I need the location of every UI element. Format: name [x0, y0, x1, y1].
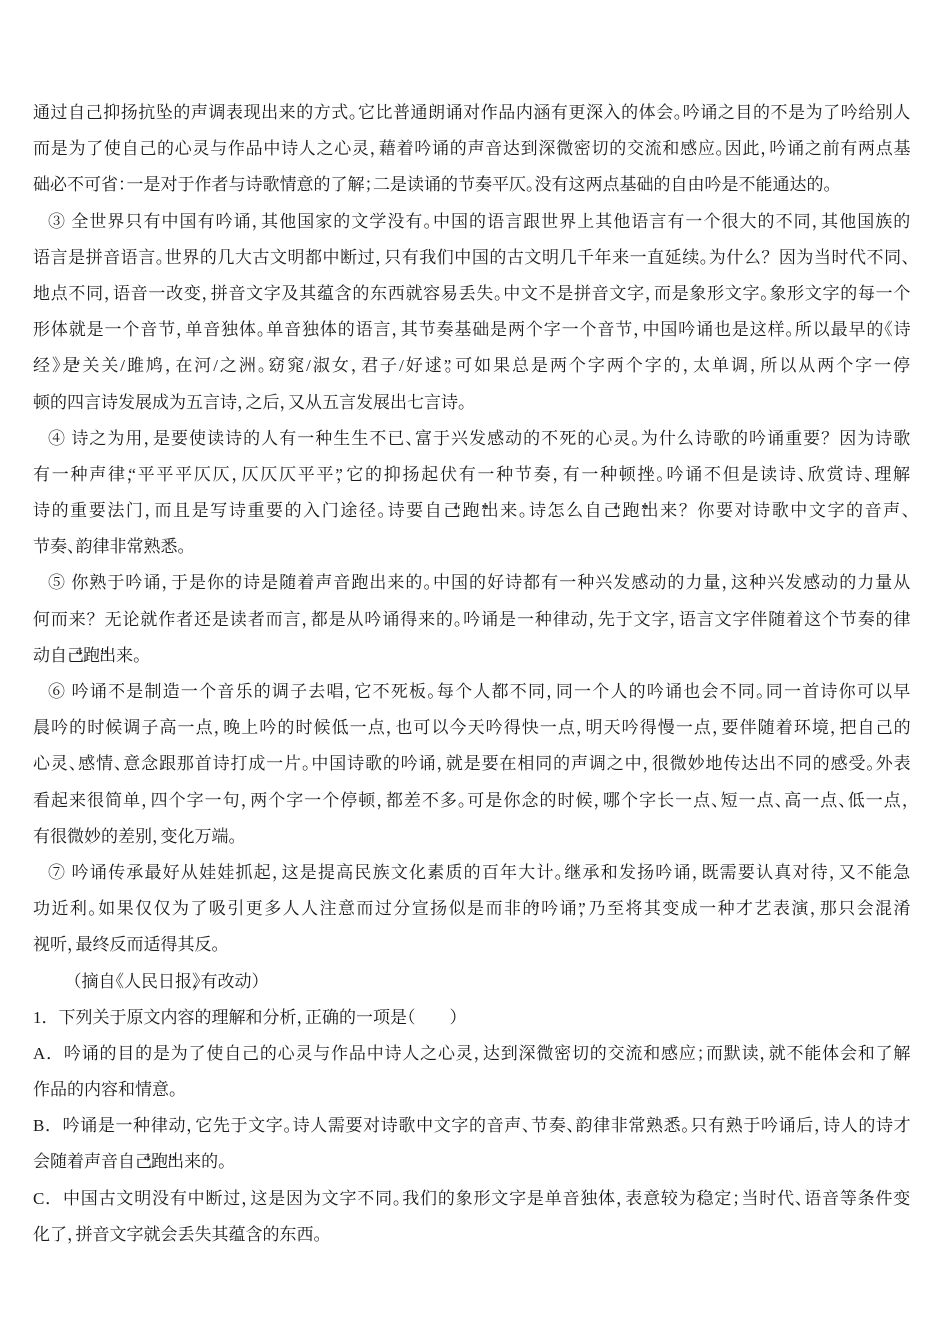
- para-2-line-2: 而是为了使自己的心灵与作品中诗人之心灵，藉着吟诵的声音达到深微密切的交流和感应。…: [33, 131, 910, 167]
- question-1-option-b-line-1: B．吟诵是一种律动，它先于文字。诗人需要对诗歌中文字的音声、节奏、韵律非常熟悉。…: [33, 1108, 910, 1144]
- para-2-line-3: 础必不可省：一是对于作者与诗歌情意的了解；二是读诵的节奏平仄。没有这两点基础的自…: [33, 167, 910, 203]
- para-3-line-6: 顿的四言诗发展成为五言诗，之后，又从五言发展出七言诗。: [33, 385, 910, 421]
- para-4-line-3: 诗的重要法门，而且是写诗重要的入门途径。诗要自己“跑”出来。诗怎么自己“跑”出来…: [33, 493, 910, 529]
- para-3-line-1: ③ 全世界只有中国有吟诵，其他国家的文学没有。中国的语言跟世界上其他语言有一个很…: [33, 204, 910, 240]
- para-6-line-3: 心灵、感情、意念跟那首诗打成一片。中国诗歌的吟诵，就是要在相同的声调之中，很微妙…: [33, 746, 910, 782]
- question-1-option-c-line-1: C．中国古文明没有中断过，这是因为文字不同。我们的象形文字是单音独体，表意较为稳…: [33, 1181, 910, 1217]
- document-page: 通过自己抑扬抗坠的声调表现出来的方式。它比普通朗诵对作品内涵有更深入的体会。吟诵…: [0, 0, 950, 1344]
- para-4-line-1: ④ 诗之为用，是要使读诗的人有一种生生不已、富于兴发感动的不死的心灵。为什么诗歌…: [33, 421, 910, 457]
- para-5-line-3: 动自己“跑”出来。: [33, 638, 910, 674]
- para-6-line-4: 看起来很简单，四个字一句，两个字一个停顿，都差不多。可是你念的时候，哪个字长一点…: [33, 783, 910, 819]
- para-6-line-2: 晨吟的时候调子高一点，晚上吟的时候低一点，也可以今天吟得快一点，明天吟得慢一点，…: [33, 710, 910, 746]
- para-2-line-1: 通过自己抑扬抗坠的声调表现出来的方式。它比普通朗诵对作品内涵有更深入的体会。吟诵…: [33, 95, 910, 131]
- question-1-option-b-line-2: 会随着声音自己“跑”出来的。: [33, 1144, 910, 1180]
- para-4-line-4: 节奏、韵律非常熟悉。: [33, 529, 910, 565]
- para-6-line-5: 有很微妙的差别，变化万端。: [33, 819, 910, 855]
- question-1-option-a-line-1: A．吟诵的目的是为了使自己的心灵与作品中诗人之心灵，达到深微密切的交流和感应；而…: [33, 1036, 910, 1072]
- para-7-line-2: 功近利。如果仅仅为了吸引更多人人注意而过分宣扬似是而非的“吟诵”，乃至将其变成一…: [33, 891, 910, 927]
- para-4-line-2: 有一种声律，“平平平仄仄，仄仄仄平平”，它的抑扬起伏有一种节奏，有一种顿挫。吟诵…: [33, 457, 910, 493]
- para-5-line-1: ⑤ 你熟于吟诵，于是你的诗是随着声音跑出来的。中国的好诗都有一种兴发感动的力量，…: [33, 565, 910, 601]
- question-1-stem: 1．下列关于原文内容的理解和分析，正确的一项是（ ）: [33, 1000, 910, 1036]
- para-5-line-2: 何而来？无论就作者还是读者而言，都是从吟诵得来的。吟诵是一种律动，先于文字，语言…: [33, 602, 910, 638]
- document-body: 通过自己抑扬抗坠的声调表现出来的方式。它比普通朗诵对作品内涵有更深入的体会。吟诵…: [33, 95, 910, 1253]
- para-3-line-2: 语言是拼音语言。世界的几大古文明都中断过，只有我们中国的古文明几千年来一直延续。…: [33, 240, 910, 276]
- para-3-line-4: 形体就是一个音节，单音独体。单音独体的语言，其节奏基础是两个字一个音节，中国吟诵…: [33, 312, 910, 348]
- source-attribution: （摘自《人民日报》，有改动）: [33, 964, 910, 1000]
- para-6-line-1: ⑥ 吟诵不是制造一个音乐的调子去唱，它不死板。每个人都不同，同一个人的吟诵也会不…: [33, 674, 910, 710]
- para-3-line-3: 地点不同，语音一改变，拼音文字及其蕴含的东西就容易丢失。中文不是拼音文字，而是象…: [33, 276, 910, 312]
- para-7-line-3: 视听，最终反而适得其反。: [33, 927, 910, 963]
- para-3-line-5: 经》是“关关/雎鸠，在河/之洲。窈窕/淑女，君子/好逑”。可如果总是两个字两个字…: [33, 348, 910, 384]
- para-7-line-1: ⑦ 吟诵传承最好从娃娃抓起，这是提高民族文化素质的百年大计。继承和发扬吟诵，既需…: [33, 855, 910, 891]
- question-1-option-a-line-2: 作品的内容和情意。: [33, 1072, 910, 1108]
- question-1-option-c-line-2: 化了，拼音文字就会丢失其蕴含的东西。: [33, 1217, 910, 1253]
